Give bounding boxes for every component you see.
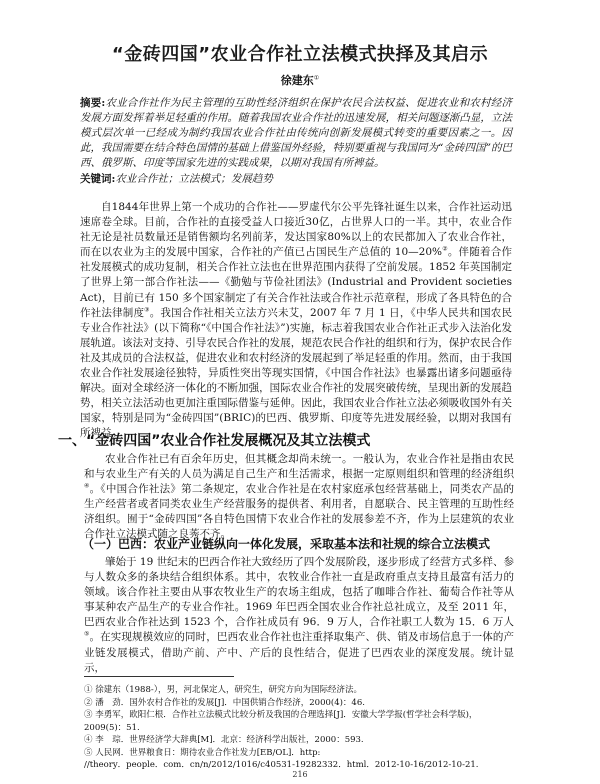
subsection1-text-b: 。在实现规模效应的同时，巴西农业合作社也注重择取集产、供、销及市场信息于一体的产… bbox=[84, 631, 514, 673]
abstract-label: 摘要: bbox=[80, 97, 105, 109]
footnote-mark: ② bbox=[84, 698, 93, 708]
footnote-text: 徐建东（1988-），男，河北保定人，研究生，研究方向为国际经济法。 bbox=[95, 685, 362, 695]
footnote-divider bbox=[84, 676, 234, 677]
paper-page: “金砖四国”农业合作社立法模式抉择及其启示 徐建东① 摘要:农业合作社作为民主管… bbox=[0, 0, 600, 784]
footnote-text: 2009(5)：51. bbox=[84, 723, 140, 733]
subsection-heading: （一）巴西：农业产业链纵向一体化发展，采取基本法和社规的综合立法模式 bbox=[82, 535, 542, 552]
keywords-text: 农业合作社；立法模式；发展趋势 bbox=[115, 173, 273, 185]
footnote-mark: ④ bbox=[84, 735, 93, 745]
section1-text-a: 农业合作社已有百余年历史，但其概念却尚未统一。一般认为，农业合作社是指由农民和与… bbox=[84, 453, 514, 480]
section1-text-b: 。《中国合作社法》第二条规定，农业合作社是在农村家庭承包经营基础上，同类农产品的… bbox=[84, 483, 514, 540]
intro-text-c: 。我国合作社相关立法方兴未艾，2007 年 7 月 1 日，《中华人民共和国农民… bbox=[80, 307, 512, 440]
section1-paragraph: 农业合作社已有百余年历史，但其概念却尚未统一。一般认为，农业合作社是指由农民和与… bbox=[84, 452, 514, 543]
author-name: 徐建东 bbox=[281, 74, 314, 87]
abstract: 摘要:农业合作社作为民主管理的互助性经济组织在保护农民合法权益、促进农业和农村经… bbox=[80, 96, 512, 171]
section-heading: 一、“金砖四国”农业合作社发展概况及其立法模式 bbox=[58, 430, 538, 450]
author-footnote-mark: ① bbox=[314, 74, 319, 81]
footnote: 2009(5)：51. bbox=[84, 722, 524, 735]
author-line: 徐建东① bbox=[0, 72, 600, 88]
subsection1-body: 肇始于 19 世纪末的巴西合作社大致经历了四个发展阶段，逐步形成了经营方式多样、… bbox=[84, 555, 514, 676]
footnote: ② 潘 劲．国外农村合作社的发展[J]．中国供销合作经济，2000(4)：46. bbox=[84, 697, 524, 710]
abstract-text: 农业合作社作为民主管理的互助性经济组织在保护农民合法权益、促进农业和农村经济发展… bbox=[80, 97, 512, 169]
footnote-mark: ⑤ bbox=[84, 748, 93, 758]
footnote: ① 徐建东（1988-），男，河北保定人，研究生，研究方向为国际经济法。 bbox=[84, 684, 524, 697]
subsection1-text-a: 肇始于 19 世纪末的巴西合作社大致经历了四个发展阶段，逐步形成了经营方式多样、… bbox=[84, 556, 514, 628]
footnote: ③ 李勇军，欧阳仁根．合作社立法模式比较分析及我国的合理选择[J]．安徽大学学报… bbox=[84, 709, 524, 722]
page-number: 216 bbox=[0, 770, 600, 779]
subsection1-paragraph: 肇始于 19 世纪末的巴西合作社大致经历了四个发展阶段，逐步形成了经营方式多样、… bbox=[84, 555, 514, 676]
keywords: 关键词:农业合作社；立法模式；发展趋势 bbox=[80, 172, 512, 187]
footnotes: ① 徐建东（1988-），男，河北保定人，研究生，研究方向为国际经济法。 ② 潘… bbox=[84, 684, 524, 772]
footnote-mark: ① bbox=[84, 685, 93, 695]
footnote-text: 李勇军，欧阳仁根．合作社立法模式比较分析及我国的合理选择[J]．安徽大学学报(哲… bbox=[95, 710, 477, 720]
footnote: ④ 李 琮．世界经济学大辞典[M]．北京：经济科学出版社，2000：593. bbox=[84, 734, 524, 747]
section1-body: 农业合作社已有百余年历史，但其概念却尚未统一。一般认为，农业合作社是指由农民和与… bbox=[84, 452, 514, 543]
footnote-text: 人民网．世界粮食日：期待农业合作社发力[EB/OL]．http: bbox=[95, 748, 320, 758]
footnote-text: 李 琮．世界经济学大辞典[M]．北京：经济科学出版社，2000：593. bbox=[95, 735, 363, 745]
footnote-link[interactable]: //theory．people．com．cn/n/2012/1016/c4053… bbox=[84, 760, 478, 770]
keywords-label: 关键词: bbox=[80, 173, 115, 185]
intro-paragraph: 自1844年世界上第一个成功的合作社——罗虚代尔公平先锋社诞生以来，合作社运动迅… bbox=[80, 200, 512, 442]
paper-title: “金砖四国”农业合作社立法模式抉择及其启示 bbox=[0, 40, 600, 66]
intro-section: 自1844年世界上第一个成功的合作社——罗虚代尔公平先锋社诞生以来，合作社运动迅… bbox=[80, 200, 512, 442]
footnote-text: 潘 劲．国外农村合作社的发展[J]．中国供销合作经济，2000(4)：46. bbox=[95, 698, 365, 708]
footnote-mark: ③ bbox=[84, 710, 93, 720]
footnote: ⑤ 人民网．世界粮食日：期待农业合作社发力[EB/OL]．http: bbox=[84, 747, 524, 760]
